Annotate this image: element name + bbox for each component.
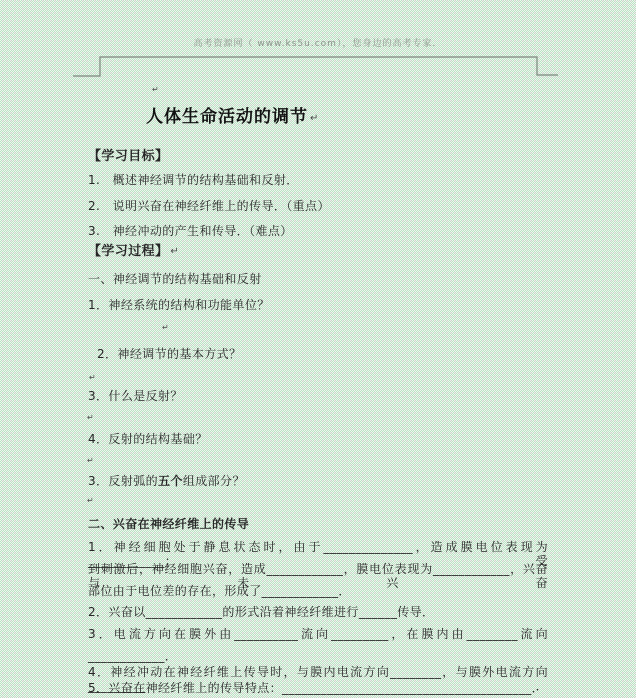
paragraph-mark: ↵ [162, 324, 169, 332]
part2-blank-line-3: 部位由于电位差的存在，形成了____________． [88, 584, 351, 598]
paragraph-mark: ↵ [87, 497, 94, 505]
paragraph-mark: ↵ [87, 414, 94, 422]
part1-question-5-pre: 3．反射弧的 [88, 474, 158, 488]
part2-blank-line-6: ____________． [88, 649, 177, 663]
objective-item-1: 1. 概述神经调节的结构基础和反射． [88, 173, 299, 187]
paragraph-mark: ↵ [87, 457, 94, 465]
part2-blank-line-5: 3．电流方向在膜外由__________流向_________，在膜内由____… [88, 627, 548, 641]
page-title: 人体生命活动的调节 [146, 107, 308, 127]
part1-heading: 一、神经调节的结构基础和反射 [88, 272, 262, 286]
part1-question-5: 3．反射弧的五个组成部分？ [88, 474, 245, 488]
part1-question-1: 1．神经系统的结构和功能单位？ [88, 298, 270, 312]
paragraph-mark: ↵ [152, 86, 159, 94]
document-page: 高考资源网（ www.ks5u.com），您身边的高考专家． ↵ 人体生命活动的… [0, 0, 636, 698]
part2-heading: 二、兴奋在神经纤维上的传导 [88, 517, 249, 531]
paragraph-mark: ↵ [310, 113, 319, 124]
objective-item-2: 2. 说明兴奋在神经纤维上的传导．（重点） [88, 199, 330, 213]
part2-blank-line-4: 2．兴奋以____________的形式沿着神经纤维进行______传导． [88, 605, 434, 619]
part2-blank-line-8: 5．兴奋在神经纤维上的传导特点：________________________… [88, 681, 544, 695]
paragraph-mark: ↵ [89, 374, 96, 382]
objective-item-3: 3. 神经冲动的产生和传导．（难点） [88, 224, 293, 238]
process-heading: 【学习过程】 [88, 244, 168, 259]
header-border-line [0, 0, 636, 90]
part1-question-4: 4．反射的结构基础？ [88, 432, 208, 446]
process-heading-line: 【学习过程】↵ [88, 245, 179, 259]
paragraph-mark: ↵ [170, 246, 179, 257]
part1-question-2: 2．神经调节的基本方式？ [97, 347, 241, 361]
part1-question-5-emphasis: 五个 [158, 474, 183, 488]
page-title-line: 人体生命活动的调节↵ [146, 110, 319, 126]
part1-question-3: 3．什么是反射？ [88, 389, 183, 403]
part1-question-5-post: 组成部分？ [183, 474, 245, 488]
objectives-heading: 【学习目标】 [88, 150, 168, 164]
